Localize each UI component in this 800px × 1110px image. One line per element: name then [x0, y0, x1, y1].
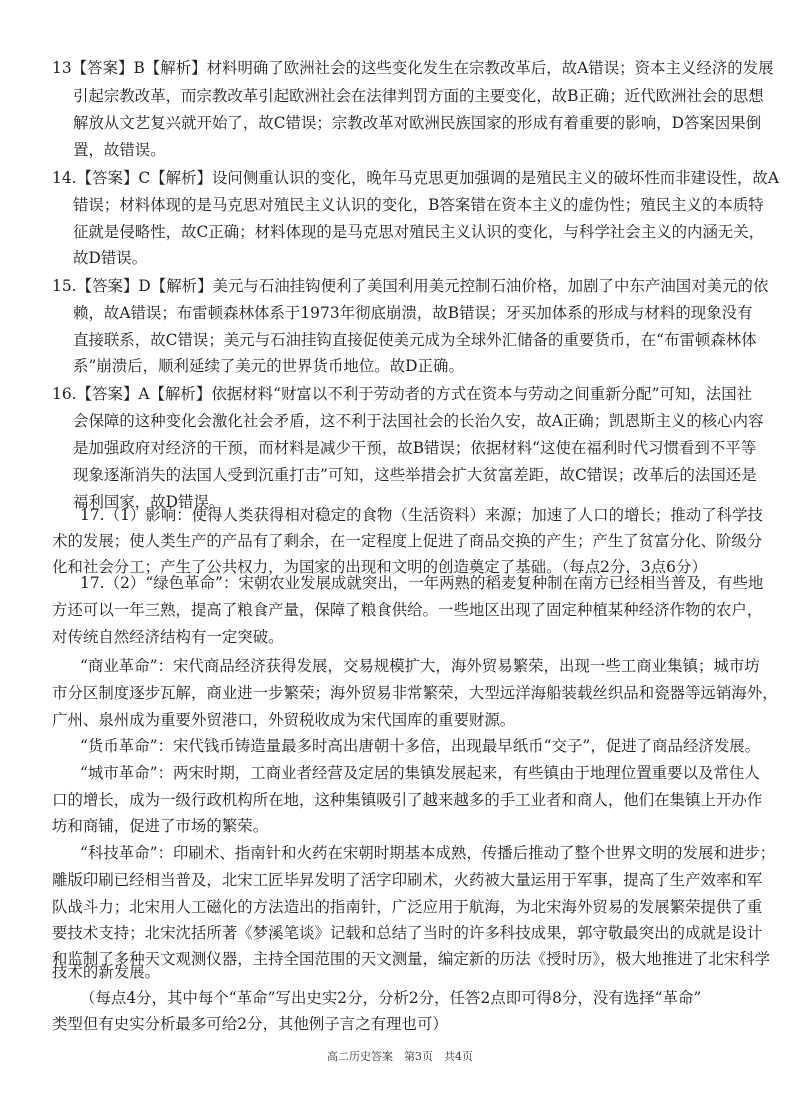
answer-17-2-line: 对传统自然经济结构有一定突破。	[52, 627, 752, 647]
answer-15-line: 赖，故A错误；布雷顿森林体系于1973年彻底崩溃，故B错误；牙买加体系的形成与材…	[73, 303, 749, 323]
answer-13-line: 置，故错误。	[73, 140, 749, 160]
answer-17-1-line: 术的发展；使人类生产的产品有了剩余，在一定程度上促进了商品交换的产生；产生了贫富…	[52, 531, 752, 551]
answer-15-line: 直接联系，故C错误；美元与石油挂钩直接促使美元成为全球外汇储备的重要货币，在“布…	[73, 330, 749, 350]
answer-17-2-line: 市分区制度逐步瓦解，商业进一步繁荣；海外贸易非常繁荣，大型远洋海船装载丝织品和瓷…	[52, 683, 752, 703]
answer-17-2-line: 坊和商铺，促进了市场的繁荣。	[52, 816, 752, 836]
answer-17-2-line: “科技革命”：印刷术、指南针和火药在宋朝时期基本成熟，传播后推动了整个世界文明的…	[80, 843, 748, 863]
answer-17-2-line: 17.（2）“绿色革命”：宋朝农业发展成就突出，一年两熟的稻麦复种制在南方已经相…	[80, 573, 748, 593]
answer-17-2-line: 雕版印刷已经相当普及，北宋工匠毕昇发明了活字印刷术，火药被大量运用于军事，提高了…	[52, 870, 752, 890]
answer-15-line: 15.【答案】D【解析】美元与石油挂钩便利了美国利用美元控制石油价格，加剧了中东…	[52, 276, 752, 296]
answer-17-2-line: 队战斗力；北宋用人工磁化的方法造出的指南针，广泛应用于航海，为北宋海外贸易的发展…	[52, 897, 752, 917]
answer-16-line: 会保障的这种变化会激化社会矛盾，这不利于法国社会的长治久安，故A正确；凯恩斯主义…	[73, 411, 749, 431]
answer-17-2-line: “城市革命”：两宋时期，工商业者经营及定居的集镇发展起来，有些镇由于地理位置重要…	[80, 763, 748, 783]
answer-16-line: 16.【答案】A【解析】依据材料“财富以不利于劳动者的方式在资本与劳动之间重新分…	[52, 384, 752, 404]
answer-16-line: 现象逐渐消失的法国人受到沉重打击”可知，这些举措会扩大贫富差距，故C错误；改革后…	[73, 465, 749, 485]
answer-17-2-line: 技术的新发展。	[52, 962, 752, 982]
answer-17-1-line: 17.（1）影响：使得人类获得相对稳定的食物（生活资料）来源；加速了人口的增长；…	[80, 505, 748, 525]
scoring-note-line: 类型但有史实分析最多可给2分，其他例子言之有理也可）	[52, 1014, 752, 1034]
scoring-note-line: （每点4分，其中每个“革命”写出史实2分，分析2分，任答2点即可得8分，没有选择…	[80, 988, 748, 1008]
answer-17-2-line: 方还可以一年三熟，提高了粮食产量，保障了粮食供给。一些地区出现了固定种植某种经济…	[52, 600, 752, 620]
answer-17-2-line: 广州、泉州成为重要外贸港口，外贸税收成为宋代国库的重要财源。	[52, 710, 752, 730]
answer-sheet-page: 13【答案】B【解析】材料明确了欧洲社会的这些变化发生在宗教改革后，故A错误；资…	[0, 0, 800, 1110]
answer-14-line: 14.【答案】C【解析】设问侧重认识的变化，晚年马克思更加强调的是殖民主义的破坏…	[52, 168, 752, 188]
answer-14-line: 征就是侵略性，故C正确；材料体现的是马克思对殖民主义认识的变化，与科学社会主义的…	[73, 222, 749, 242]
answer-13-line: 13【答案】B【解析】材料明确了欧洲社会的这些变化发生在宗教改革后，故A错误；资…	[52, 58, 752, 78]
answer-17-2-line: “商业革命”：宋代商品经济获得发展，交易规模扩大，海外贸易繁荣，出现一些工商业集…	[80, 656, 748, 676]
answer-13-line: 解放从文艺复兴就开始了，故C错误；宗教改革对欧洲民族国家的形成有着重要的影响，D…	[73, 113, 749, 133]
answer-14-line: 故D错误。	[73, 248, 749, 268]
answer-13-line: 引起宗教改革，而宗教改革引起欧洲社会在法律判罚方面的主要变化，故B正确；近代欧洲…	[73, 86, 749, 106]
answer-17-2-line: “货币革命”：宋代钱币铸造量最多时高出唐朝十多倍，出现最早纸币“交子”，促进了商…	[80, 736, 748, 756]
answer-17-2-line: 口的增长，成为一级行政机构所在地，这种集镇吸引了越来越多的手工业者和商人，他们在…	[52, 790, 752, 810]
answer-15-line: 系”崩溃后，顺利延续了美元的世界货币地位。故D正确。	[73, 356, 749, 376]
answer-17-2-line: 要技术支持；北宋沈括所著《梦溪笔谈》记载和总结了当时的许多科技成果，郭守敬最突出…	[52, 923, 752, 943]
answer-14-line: 错误；材料体现的是马克思对殖民主义认识的变化，B答案错在资本主义的虚伪性；殖民主…	[73, 195, 749, 215]
answer-16-line: 是加强政府对经济的干预，而材料是减少干预，故B错误；依据材料“这使在福利时代习惯…	[73, 438, 749, 458]
page-footer: 高二历史答案 第3页 共4页	[0, 1049, 800, 1065]
